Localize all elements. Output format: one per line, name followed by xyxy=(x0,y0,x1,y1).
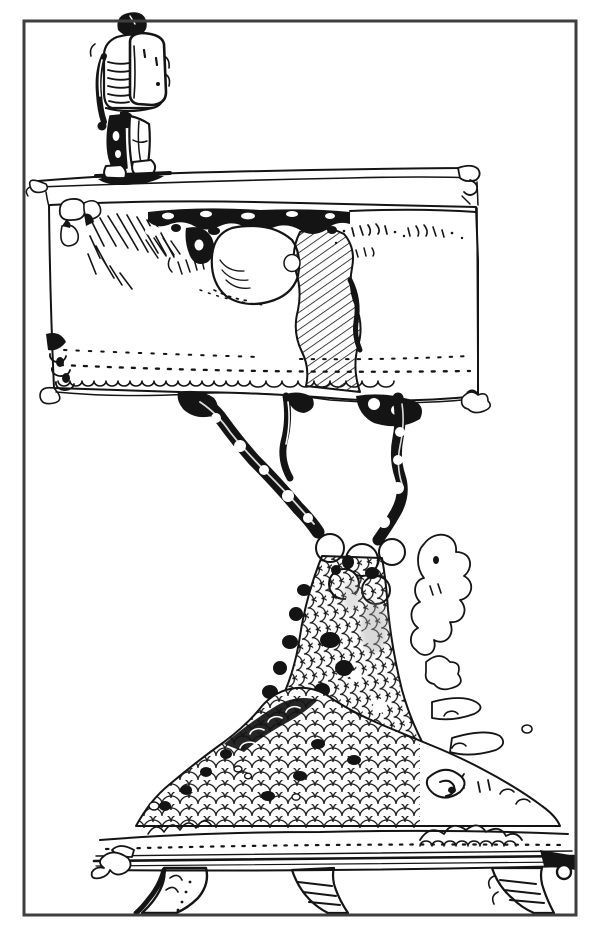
slab xyxy=(40,192,478,404)
ink-drawing xyxy=(0,0,600,939)
artwork-page xyxy=(0,0,600,939)
